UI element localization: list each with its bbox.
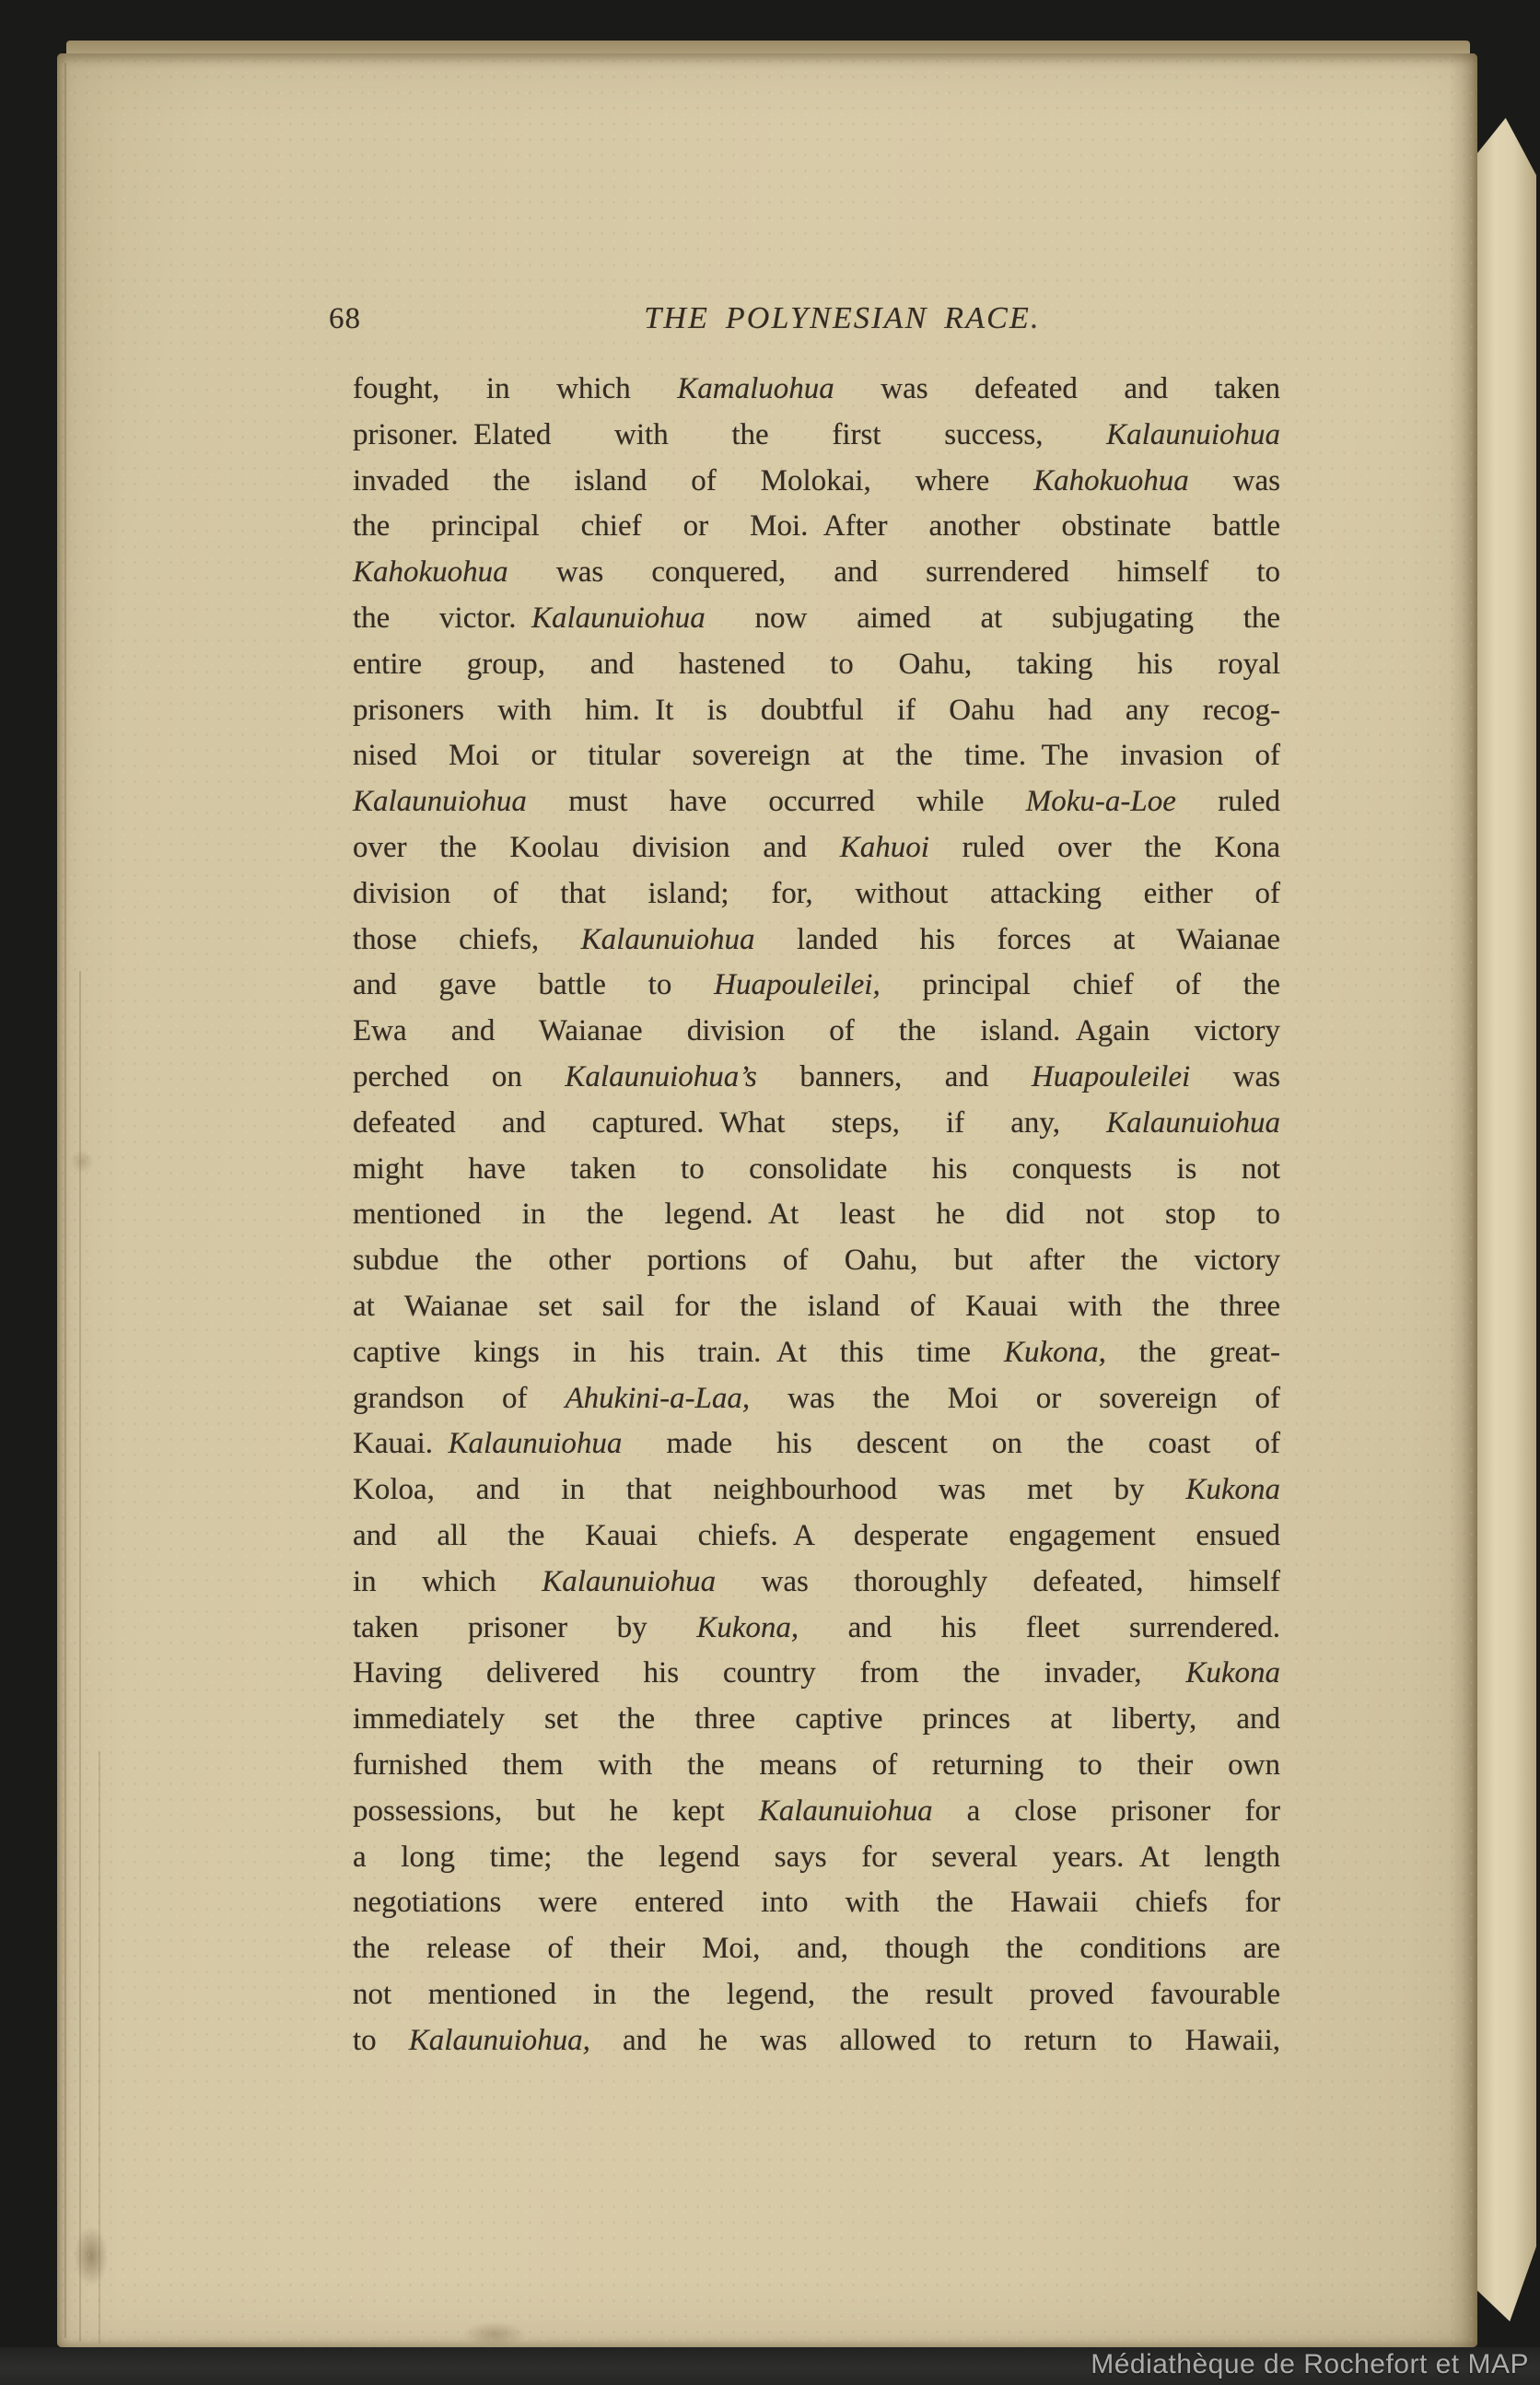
paper-stain: [70, 1150, 94, 1174]
text-line: possessions, but he kept Kalaunuiohua a …: [353, 1789, 1280, 1835]
body-text: fought, in which Kamaluohua was defeated…: [353, 367, 1280, 2063]
paper-stain: [462, 2321, 527, 2347]
text-line: defeated and captured. What steps, if an…: [353, 1101, 1280, 1147]
text-line: Kauai. Kalaunuiohua made his descent on …: [353, 1421, 1280, 1467]
text-line: captive kings in his train. At this time…: [353, 1330, 1280, 1376]
text-line: at Waianae set sail for the island of Ka…: [353, 1284, 1280, 1330]
page-header-row: 68 THE POLYNESIAN RACE.: [353, 300, 1280, 337]
book-page: 68 THE POLYNESIAN RACE. fought, in which…: [57, 53, 1477, 2347]
text-line: prisoner. Elated with the first success,…: [353, 413, 1280, 459]
page-edge-line: [64, 63, 66, 2338]
text-line: Ewa and Waianae division of the island. …: [353, 1009, 1280, 1055]
gutter-shadow: [1450, 53, 1477, 2347]
text-line: immediately set the three captive prince…: [353, 1697, 1280, 1743]
text-line: Koloa, and in that neighbourhood was met…: [353, 1467, 1280, 1514]
watermark-text: Médiathèque de Rochefort et MAP: [1091, 2349, 1529, 2380]
text-line: the release of their Moi, and, though th…: [353, 1926, 1280, 1972]
watermark-band: Médiathèque de Rochefort et MAP: [0, 2347, 1540, 2385]
text-line: and all the Kauai chiefs. A desperate en…: [353, 1514, 1280, 1560]
text-line: Having delivered his country from the in…: [353, 1651, 1280, 1697]
text-line: division of that island; for, without at…: [353, 871, 1280, 918]
text-line: and gave battle to Huapouleilei, princip…: [353, 963, 1280, 1009]
next-page-edge: [1477, 118, 1536, 2321]
text-line: prisoners with him. It is doubtful if Oa…: [353, 688, 1280, 734]
text-line: to Kalaunuiohua, and he was allowed to r…: [353, 2018, 1280, 2064]
text-line: in which Kalaunuiohua was thoroughly def…: [353, 1560, 1280, 1606]
text-line: subdue the other portions of Oahu, but a…: [353, 1238, 1280, 1284]
text-line: invaded the island of Molokai, where Kah…: [353, 459, 1280, 505]
text-line: negotiations were entered into with the …: [353, 1880, 1280, 1926]
text-line: Kalaunuiohua must have occurred while Mo…: [353, 779, 1280, 825]
text-line: furnished them with the means of returni…: [353, 1743, 1280, 1789]
text-line: fought, in which Kamaluohua was defeated…: [353, 367, 1280, 413]
text-line: grandson of Ahukini-a-Laa, was the Moi o…: [353, 1376, 1280, 1422]
text-line: nised Moi or titular sovereign at the ti…: [353, 733, 1280, 779]
text-line: Kahokuohua was conquered, and surrendere…: [353, 550, 1280, 596]
page-edge-line: [79, 971, 81, 2342]
text-line: mentioned in the legend. At least he did…: [353, 1192, 1280, 1238]
text-line: a long time; the legend says for several…: [353, 1835, 1280, 1881]
running-header: THE POLYNESIAN RACE.: [353, 300, 1280, 337]
scan-background: { "page": { "number": "68", "header": "T…: [0, 0, 1540, 2385]
text-line: perched on Kalaunuiohua’s banners, and H…: [353, 1055, 1280, 1101]
page-number: 68: [329, 300, 361, 337]
text-line: over the Koolau division and Kahuoi rule…: [353, 825, 1280, 871]
text-line: might have taken to consolidate his conq…: [353, 1147, 1280, 1193]
text-line: the principal chief or Moi. After anothe…: [353, 504, 1280, 550]
page-edge-line: [99, 1751, 100, 2344]
text-line: those chiefs, Kalaunuiohua landed his fo…: [353, 918, 1280, 964]
text-line: the victor. Kalaunuiohua now aimed at su…: [353, 596, 1280, 642]
text-line: taken prisoner by Kukona, and his fleet …: [353, 1606, 1280, 1652]
text-line: entire group, and hastened to Oahu, taki…: [353, 642, 1280, 688]
text-line: not mentioned in the legend, the result …: [353, 1972, 1280, 2018]
